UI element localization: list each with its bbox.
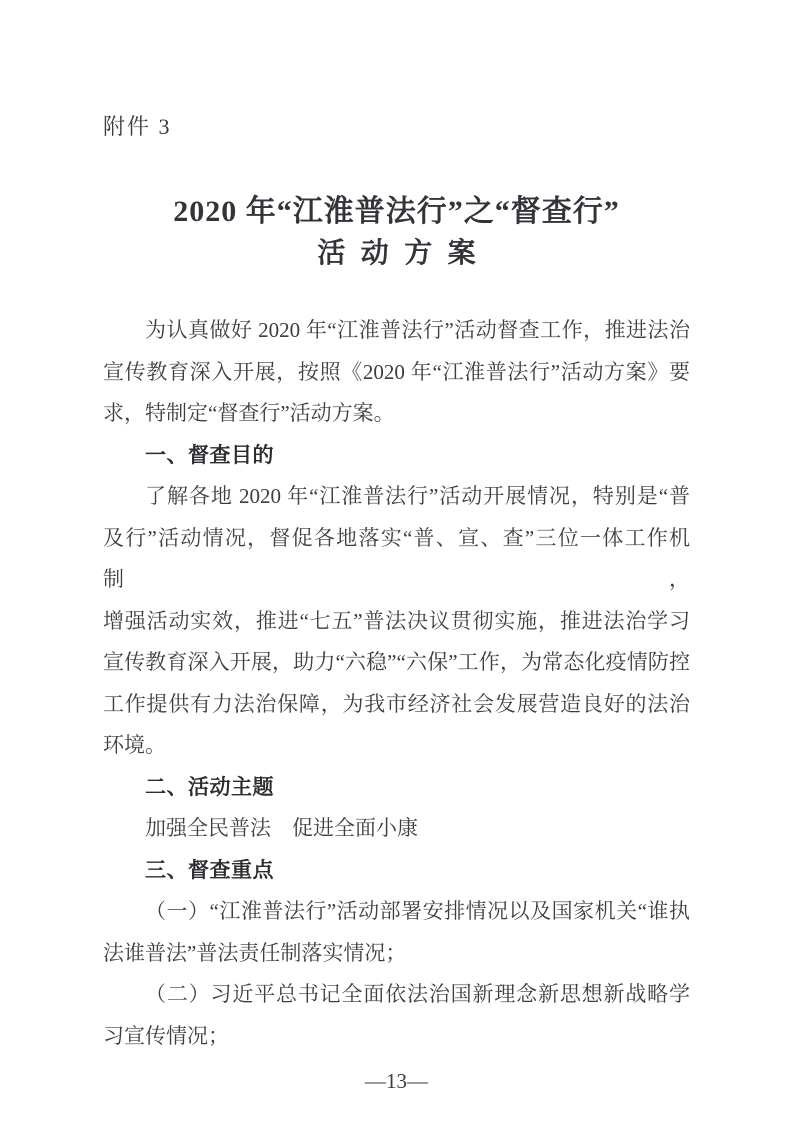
section2-heading: 二、活动主题 xyxy=(103,767,690,809)
section1-heading: 一、督查目的 xyxy=(103,435,690,477)
section3-item1-line-2: 法谁普法”普法责任制落实情况； xyxy=(103,933,690,975)
intro-line-1: 为认真做好 2020 年“江淮普法行”活动督查工作，推进法治 xyxy=(103,310,690,352)
document-title: 2020 年“江淮普法行”之“督查行” 活动方案 xyxy=(103,190,690,274)
section3-item2-line-1: （二）习近平总书记全面依法治国新理念新思想新战略学 xyxy=(103,974,690,1016)
section3-heading: 三、督查重点 xyxy=(103,850,690,892)
section1-line-3: 增强活动实效，推进“七五”普法决议贯彻实施，推进法治学习 xyxy=(103,601,690,643)
title-line-1: 2020 年“江淮普法行”之“督查行” xyxy=(103,190,690,234)
document-page: 附件 3 2020 年“江淮普法行”之“督查行” 活动方案 为认真做好 2020… xyxy=(0,0,793,1122)
section1-line-6: 环境。 xyxy=(103,725,690,767)
document-content: 附件 3 2020 年“江淮普法行”之“督查行” 活动方案 为认真做好 2020… xyxy=(0,112,793,1096)
section1-line-1: 了解各地 2020 年“江淮普法行”活动开展情况，特别是“普 xyxy=(103,476,690,518)
attachment-label: 附件 3 xyxy=(103,112,690,142)
section1-line-4: 宣传教育深入开展，助力“六稳”“六保”工作，为常态化疫情防控 xyxy=(103,642,690,684)
intro-line-2: 宣传教育深入开展，按照《2020 年“江淮普法行”活动方案》要 xyxy=(103,352,690,394)
title-line-2: 活动方案 xyxy=(103,234,690,274)
intro-line-3: 求，特制定“督查行”活动方案。 xyxy=(103,393,690,435)
section1-line-2: 及行”活动情况，督促各地落实“普、宣、查”三位一体工作机制， xyxy=(103,518,690,601)
document-body: 为认真做好 2020 年“江淮普法行”活动督查工作，推进法治 宣传教育深入开展，… xyxy=(103,310,690,1057)
section3-item2-line-2: 习宣传情况； xyxy=(103,1016,690,1058)
page-number: —13— xyxy=(103,1066,690,1096)
section1-line-5: 工作提供有力法治保障，为我市经济社会发展营造良好的法治 xyxy=(103,684,690,726)
section3-item1-line-1: （一）“江淮普法行”活动部署安排情况以及国家机关“谁执 xyxy=(103,891,690,933)
section2-theme: 加强全民普法 促进全面小康 xyxy=(103,808,690,850)
